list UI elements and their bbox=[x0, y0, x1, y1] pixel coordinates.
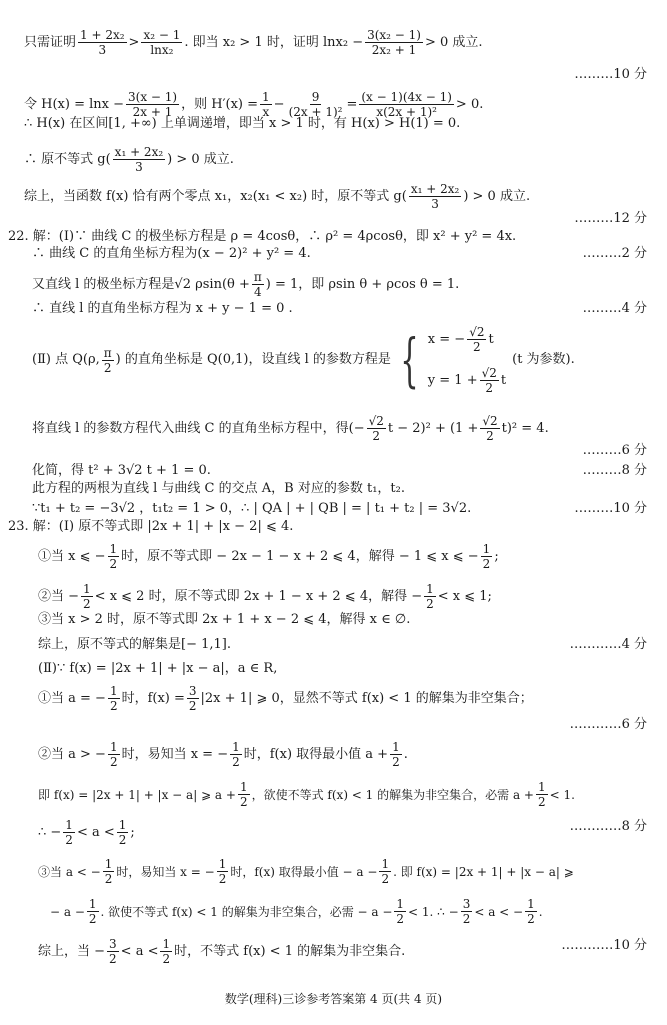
text: (t 为参数). bbox=[512, 351, 575, 369]
numerator: √2 bbox=[467, 325, 486, 340]
q22-line-5: (Ⅱ) 点 Q(ρ, π2 ) 的直角坐标是 Q(0,1)，设直线 l 的参数方… bbox=[32, 322, 575, 398]
denominator: 2 bbox=[102, 361, 114, 375]
fraction: 12 bbox=[108, 542, 120, 571]
fraction: x₁ + 2x₂3 bbox=[409, 182, 461, 211]
numerator: 1 bbox=[160, 937, 172, 952]
score-marker: …………4 分 bbox=[570, 636, 647, 654]
text: 时，f(x) 取得最小值 − a − bbox=[230, 863, 377, 881]
fraction: x₁ + 2x₂3 bbox=[113, 145, 165, 174]
text: ，欲使不等式 f(x) < 1 的解集为非空集合，必需 a + bbox=[252, 786, 534, 804]
text: x = − bbox=[428, 331, 465, 349]
text: 将直线 l 的参数方程代入曲线 C 的直角坐标方程中，得(− bbox=[32, 420, 365, 438]
text: 又直线 l 的极坐标方程是√2 ρsin(θ + bbox=[32, 276, 250, 294]
numerator: 1 bbox=[260, 90, 272, 105]
numerator: (x − 1)(4x − 1) bbox=[359, 90, 454, 105]
fraction: √22 bbox=[480, 414, 499, 443]
q23-line-4: ③当 x > 2 时，原不等式即 2x + 1 + x − 2 ⩽ 4，解得 x… bbox=[38, 611, 410, 629]
denominator: 2 bbox=[390, 755, 402, 769]
denominator: 2 bbox=[230, 755, 242, 769]
fraction: 12 bbox=[108, 684, 120, 713]
denominator: 2 bbox=[103, 872, 115, 886]
score-marker: ………4 分 bbox=[583, 300, 647, 318]
numerator: 3 bbox=[107, 937, 119, 952]
text: < 1. ∴ − bbox=[408, 903, 459, 921]
numerator: √2 bbox=[480, 414, 499, 429]
text: < x ⩽ 1; bbox=[438, 588, 492, 606]
numerator: 1 bbox=[394, 897, 406, 912]
denominator: 2 bbox=[63, 833, 75, 847]
text: ) > 0 成立. bbox=[463, 188, 530, 206]
fraction: √22 bbox=[367, 414, 386, 443]
text: t bbox=[501, 372, 506, 390]
text: y = 1 + bbox=[428, 372, 478, 390]
denominator: 4 bbox=[252, 285, 264, 299]
numerator: 1 bbox=[108, 684, 120, 699]
text: (Ⅱ) 点 Q(ρ, bbox=[32, 351, 100, 369]
system-row-x: x = − √22 t bbox=[428, 325, 506, 354]
text: 令 H(x) = lnx − bbox=[24, 96, 124, 114]
text: ; bbox=[494, 548, 498, 566]
q23-line-2: ①当 x ⩽ − 12 时，原不等式即 − 2x − 1 − x + 2 ⩽ 4… bbox=[38, 542, 499, 571]
q23-line-10: ∴ − 12 < a < 12 ; bbox=[38, 818, 135, 847]
q22-line-9: ∵t₁ + t₂ = −3√2 ，t₁t₂ = 1 > 0，∴ | QA | +… bbox=[32, 500, 471, 518]
fraction: 12 bbox=[230, 740, 242, 769]
q22-line-2: ∴ 曲线 C 的直角坐标方程为(x − 2)² + y² = 4. bbox=[32, 245, 311, 263]
text: . 即 f(x) = |2x + 1| + |x − a| ⩾ bbox=[393, 863, 574, 881]
numerator: 3(x₂ − 1) bbox=[365, 28, 423, 43]
q22-line-7: 化简，得 t² + 3√2 t + 1 = 0. bbox=[32, 462, 211, 480]
fraction: 12 bbox=[481, 542, 493, 571]
denominator: 2 bbox=[107, 952, 119, 966]
numerator: 1 bbox=[81, 582, 93, 597]
denominator: 2 bbox=[536, 795, 548, 809]
text: . bbox=[404, 746, 408, 764]
text: 综上，当函数 f(x) 恰有两个零点 x₁，x₂(x₁ < x₂) 时，原不等式… bbox=[24, 188, 407, 206]
fraction: 12 bbox=[217, 857, 229, 886]
denominator: 2 bbox=[187, 699, 199, 713]
fraction: 32 bbox=[187, 684, 199, 713]
text: ②当 a > − bbox=[38, 746, 106, 764]
denominator: 2 bbox=[217, 872, 229, 886]
denominator: 2 bbox=[461, 912, 473, 926]
numerator: 1 bbox=[536, 780, 548, 795]
q22-line-1: 22. 解：(Ⅰ)∵ 曲线 C 的极坐标方程是 ρ = 4cosθ，∴ ρ² =… bbox=[8, 228, 516, 246]
score-marker: …………8 分 bbox=[570, 818, 647, 836]
q23-line-1: 23. 解：(Ⅰ) 原不等式即 |2x + 1| + |x − 2| ⩽ 4. bbox=[8, 518, 293, 536]
text: ∴ − bbox=[38, 824, 61, 842]
fraction: x₂ − 1lnx₂ bbox=[141, 28, 182, 57]
score-marker: …………10 分 bbox=[561, 937, 647, 955]
denominator: 2 bbox=[117, 833, 129, 847]
numerator: 1 bbox=[238, 780, 250, 795]
score-marker: …………6 分 bbox=[570, 716, 647, 734]
numerator: 1 bbox=[379, 857, 391, 872]
fraction: 3(x₂ − 1)2x₂ + 1 bbox=[365, 28, 423, 57]
fraction: 12 bbox=[103, 857, 115, 886]
text: < x ⩽ 2 时，原不等式即 2x + 1 − x + 2 ⩽ 4，解得 − bbox=[95, 588, 422, 606]
q23-line-11: ③当 a < − 12 时，易知当 x = − 12 时，f(x) 取得最小值 … bbox=[38, 857, 574, 886]
denominator: 2 bbox=[87, 912, 99, 926]
fraction: 12 bbox=[81, 582, 93, 611]
score-marker: ………10 分 bbox=[574, 500, 647, 518]
text: > 0 成立. bbox=[425, 34, 483, 52]
text: ①当 a = − bbox=[38, 690, 106, 708]
fraction: 12 bbox=[394, 897, 406, 926]
numerator: 1 + 2x₂ bbox=[78, 28, 127, 43]
fraction: 12 bbox=[108, 740, 120, 769]
system-row-y: y = 1 + √22 t bbox=[428, 366, 506, 395]
text: . 欲使不等式 f(x) < 1 的解集为非空集合，必需 − a − bbox=[101, 903, 393, 921]
numerator: π bbox=[252, 270, 264, 285]
numerator: 1 bbox=[108, 542, 120, 557]
fraction: 12 bbox=[63, 818, 75, 847]
text: ②当 − bbox=[38, 588, 79, 606]
fraction: 12 bbox=[536, 780, 548, 809]
text: 时，f(x) = bbox=[122, 690, 185, 708]
text: ) = 1，即 ρsin θ + ρcos θ = 1. bbox=[266, 276, 460, 294]
numerator: 1 bbox=[103, 857, 115, 872]
q23-line-3: ②当 − 12 < x ⩽ 2 时，原不等式即 2x + 1 − x + 2 ⩽… bbox=[38, 582, 492, 611]
q23-line-8: ②当 a > − 12 时，易知当 x = − 12 时，f(x) 取得最小值 … bbox=[38, 740, 408, 769]
fraction: π4 bbox=[252, 270, 264, 299]
fraction: π2 bbox=[102, 346, 114, 375]
text: 只需证明 bbox=[24, 34, 76, 52]
text: > bbox=[129, 34, 140, 52]
text: 即 f(x) = |2x + 1| + |x − a| ⩾ a + bbox=[38, 786, 236, 804]
numerator: 1 bbox=[63, 818, 75, 833]
score-marker: ………10 分 bbox=[574, 66, 647, 84]
fraction: 12 bbox=[390, 740, 402, 769]
denominator: 2 bbox=[108, 557, 120, 571]
q23-line-5: 综上，原不等式的解集是[− 1,1]. bbox=[38, 636, 231, 654]
denominator: 2 bbox=[108, 699, 120, 713]
text: = bbox=[346, 96, 357, 114]
left-brace: { bbox=[400, 331, 418, 389]
q23-line-9: 即 f(x) = |2x + 1| + |x − a| ⩾ a + 12 ，欲使… bbox=[38, 780, 575, 809]
fraction: 32 bbox=[461, 897, 473, 926]
denominator: 2 bbox=[81, 597, 93, 611]
text: ①当 x ⩽ − bbox=[38, 548, 106, 566]
numerator: x₁ + 2x₂ bbox=[409, 182, 461, 197]
denominator: 2x₂ + 1 bbox=[370, 43, 419, 57]
score-marker: ………8 分 bbox=[583, 462, 647, 480]
denominator: 2 bbox=[370, 429, 382, 443]
text: . 即当 x₂ > 1 时，证明 lnx₂ − bbox=[184, 34, 363, 52]
fraction: 12 bbox=[117, 818, 129, 847]
fraction: 1 + 2x₂3 bbox=[78, 28, 127, 57]
text: 时，不等式 f(x) < 1 的解集为非空集合. bbox=[174, 943, 405, 961]
denominator: 2 bbox=[160, 952, 172, 966]
text: ③当 a < − bbox=[38, 863, 101, 881]
text: . bbox=[539, 903, 543, 921]
text: t bbox=[488, 331, 493, 349]
numerator: 1 bbox=[390, 740, 402, 755]
text: < a < − bbox=[474, 903, 523, 921]
numerator: 3 bbox=[187, 684, 199, 699]
text: − a − bbox=[50, 903, 85, 921]
denominator: 2 bbox=[424, 597, 436, 611]
numerator: 1 bbox=[481, 542, 493, 557]
denominator: 2 bbox=[394, 912, 406, 926]
q22-line-3: 又直线 l 的极坐标方程是√2 ρsin(θ + π4 ) = 1，即 ρsin… bbox=[32, 270, 459, 299]
q22-line-6: 将直线 l 的参数方程代入曲线 C 的直角坐标方程中，得(− √22 t − 2… bbox=[32, 414, 549, 443]
text: |2x + 1| ⩾ 0，显然不等式 f(x) < 1 的解集为非空集合； bbox=[201, 690, 533, 708]
text: 时，f(x) 取得最小值 a + bbox=[244, 746, 388, 764]
fraction: 12 bbox=[238, 780, 250, 809]
denominator: lnx₂ bbox=[148, 43, 175, 57]
q23-line-13: 综上，当 − 32 < a < 12 时，不等式 f(x) < 1 的解集为非空… bbox=[38, 937, 405, 966]
q22-line-4: ∴ 直线 l 的直角坐标方程为 x + y − 1 = 0 . bbox=[32, 300, 293, 318]
denominator: 2 bbox=[484, 429, 496, 443]
q21-line-5: 综上，当函数 f(x) 恰有两个零点 x₁，x₂(x₁ < x₂) 时，原不等式… bbox=[24, 182, 530, 211]
denominator: 2 bbox=[108, 755, 120, 769]
score-marker: ………2 分 bbox=[583, 245, 647, 263]
numerator: 1 bbox=[230, 740, 242, 755]
numerator: 9 bbox=[310, 90, 322, 105]
fraction: 12 bbox=[525, 897, 537, 926]
q23-line-12: − a − 12 . 欲使不等式 f(x) < 1 的解集为非空集合，必需 − … bbox=[50, 897, 543, 926]
text: ∴ 原不等式 g( bbox=[24, 151, 111, 169]
text: ) 的直角坐标是 Q(0,1)，设直线 l 的参数方程是 bbox=[116, 351, 391, 369]
numerator: √2 bbox=[480, 366, 499, 381]
text: t)² = 4. bbox=[502, 420, 549, 438]
numerator: 1 bbox=[424, 582, 436, 597]
page-footer: 数学(理科)三诊参考答案第 4 页(共 4 页) bbox=[0, 990, 667, 1007]
score-marker: ………6 分 bbox=[583, 442, 647, 460]
numerator: 3(x − 1) bbox=[126, 90, 179, 105]
fraction: 12 bbox=[379, 857, 391, 886]
numerator: x₂ − 1 bbox=[141, 28, 182, 43]
denominator: 3 bbox=[133, 160, 145, 174]
q23-line-7: ①当 a = − 12 时，f(x) = 32 |2x + 1| ⩾ 0，显然不… bbox=[38, 684, 533, 713]
fraction: 12 bbox=[87, 897, 99, 926]
numerator: 1 bbox=[525, 897, 537, 912]
numerator: 1 bbox=[217, 857, 229, 872]
fraction: 12 bbox=[424, 582, 436, 611]
q21-line-3: ∴ H(x) 在区间[1, +∞) 上单调递增，即当 x > 1 时，有 H(x… bbox=[24, 115, 460, 133]
q21-line-1: 只需证明 1 + 2x₂3 > x₂ − 1lnx₂ . 即当 x₂ > 1 时… bbox=[24, 28, 483, 57]
numerator: π bbox=[102, 346, 114, 361]
denominator: 2 bbox=[471, 340, 483, 354]
text: ) > 0 成立. bbox=[167, 151, 234, 169]
text: > 0. bbox=[456, 96, 483, 114]
text: t − 2)² + (1 + bbox=[388, 420, 478, 438]
q23-line-6: (Ⅱ)∵ f(x) = |2x + 1| + |x − a|，a ∈ R, bbox=[38, 660, 277, 678]
numerator: x₁ + 2x₂ bbox=[113, 145, 165, 160]
numerator: 3 bbox=[461, 897, 473, 912]
fraction: 32 bbox=[107, 937, 119, 966]
denominator: 3 bbox=[429, 197, 441, 211]
text: ，则 H′(x) = bbox=[181, 96, 258, 114]
text: 时，原不等式即 − 2x − 1 − x + 2 ⩽ 4，解得 − 1 ⩽ x … bbox=[121, 548, 479, 566]
text: < a < bbox=[77, 824, 115, 842]
q21-line-4: ∴ 原不等式 g( x₁ + 2x₂3 ) > 0 成立. bbox=[24, 145, 234, 174]
numerator: √2 bbox=[367, 414, 386, 429]
fraction: √22 bbox=[467, 325, 486, 354]
q22-line-8: 此方程的两根为直线 l 与曲线 C 的交点 A，B 对应的参数 t₁，t₂. bbox=[32, 480, 405, 498]
text: 综上，当 − bbox=[38, 943, 105, 961]
denominator: 2 bbox=[481, 557, 493, 571]
denominator: 3 bbox=[96, 43, 108, 57]
denominator: 2 bbox=[483, 381, 495, 395]
numerator: 1 bbox=[87, 897, 99, 912]
text: 时，易知当 x = − bbox=[122, 746, 229, 764]
text: − bbox=[274, 96, 285, 114]
fraction: √22 bbox=[480, 366, 499, 395]
score-marker: ………12 分 bbox=[574, 210, 647, 228]
text: < a < bbox=[121, 943, 159, 961]
numerator: 1 bbox=[117, 818, 129, 833]
text: ; bbox=[130, 824, 134, 842]
fraction: 12 bbox=[160, 937, 172, 966]
text: < 1. bbox=[550, 786, 575, 804]
denominator: 2 bbox=[379, 872, 391, 886]
denominator: 2 bbox=[238, 795, 250, 809]
parametric-system: x = − √22 t y = 1 + √22 t bbox=[428, 325, 506, 395]
text: 时，易知当 x = − bbox=[116, 863, 214, 881]
numerator: 1 bbox=[108, 740, 120, 755]
denominator: 2 bbox=[525, 912, 537, 926]
